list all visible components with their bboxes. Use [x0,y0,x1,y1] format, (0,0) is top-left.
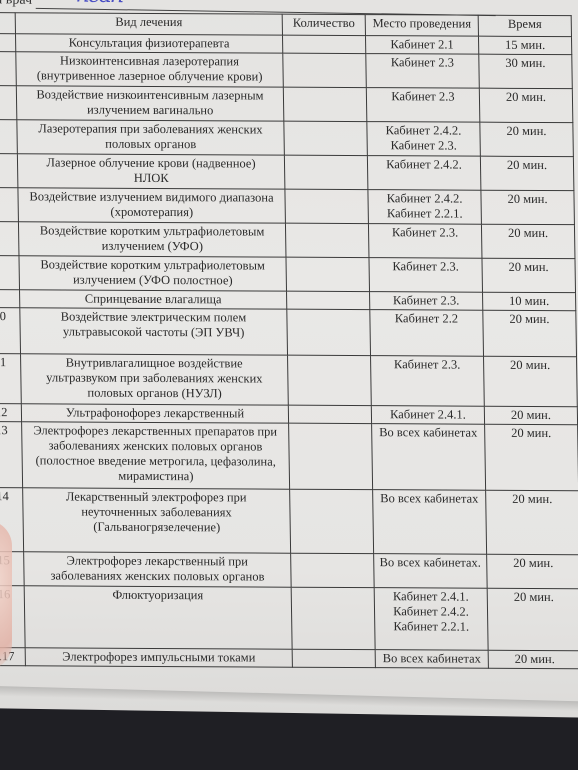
duration-cell: 20 мин. [484,356,578,406]
row-number: 11 [0,354,21,404]
treatment-name-line: (внутривенное лазерное облучение крови) [21,68,279,84]
duration-cell: 20 мин. [481,190,575,224]
table-row: 7Воздействие коротким ультрафиолетовымиз… [0,222,575,259]
quantity-cell [285,223,369,257]
location-line: Кабинет 2.3 [370,55,474,71]
duration-cell: 20 мин. [482,258,576,292]
treatment-name-line: заболеваниях женских половых органов [26,438,284,454]
treatment-name-line: Ультрафонофорез лекарственный [26,405,284,421]
row-number [0,52,16,86]
location-line: Кабинет 2.3. [372,138,476,154]
location-line: Кабинет 2.4.2. [372,191,476,207]
table-row: Воздействие низкоинтенсивным лазернымизл… [0,86,573,123]
location-line: Во всех кабинетах [380,651,484,667]
quantity-cell [290,489,374,553]
quantity-cell [291,553,375,587]
location-line: Кабинет 2.4.2. [379,604,483,620]
treatment-name-line: Воздействие коротким ультрафиолетовым [24,257,282,273]
doctor-label: ций врач [0,0,32,8]
treatment-name-line: Внутривлагалищное воздействие [25,355,283,371]
location-cell: Кабинет 2.3 [366,88,480,123]
treatment-name: Воздействие излучением видимого диапазон… [18,188,286,223]
treatment-name-line: Лазерное облучение крови (надвенное) [22,155,280,171]
quantity-cell [282,35,365,53]
duration-cell: 20 мин. [483,310,577,356]
location-line: Кабинет 2.1 [370,37,474,53]
treatment-name-line: (полостное введение метрогила, цефазолин… [27,453,285,469]
row-number: 5 [0,154,18,188]
duration-cell: 10 мин. [483,292,576,310]
handwritten-signature: пеан [76,0,123,8]
treatment-name-line: Лекарственный электрофорез при [27,489,285,505]
table-row: 16ФлюктуоризацияКабинет 2.4.1.Кабинет 2.… [0,586,578,651]
treatment-name: Спринцевание влагалища [20,290,287,309]
treatment-name: Лекарственный электрофорез принеуточненн… [23,488,291,553]
duration-cell: 20 мин. [486,490,578,554]
treatment-name-line: заболеваниях женских половых органов [28,568,286,584]
column-header-time: Время [478,15,571,36]
table-row: 13Электрофорез лекарственных препаратов … [0,422,578,491]
treatment-name: Электрофорез импульсными токами [25,648,292,667]
location-cell: Кабинет 2.4.2.Кабинет 2.2.1. [368,190,482,225]
row-number: 12 [0,404,22,422]
location-line: Кабинет 2.4.1. [379,589,483,605]
table-row: 10Воздействие электрическим полемультрав… [0,308,577,357]
treatment-name-line: Низкоинтенсивная лазеротерапия [20,53,278,69]
treatment-name-line: Воздействие электрическим полем [24,309,282,325]
duration-cell: 20 мин. [480,122,574,156]
treatment-name: Воздействие коротким ультрафиолетовымизл… [19,256,287,291]
location-line: Кабинет 2.3. [373,225,477,241]
treatment-name: Флюктуоризация [24,586,292,649]
location-cell: Во всех кабинетах [372,424,486,491]
row-number [0,86,17,120]
column-header-quantity: Количество [282,14,365,35]
location-line: Кабинет 2.2.1. [379,619,483,635]
treatment-name-line: мирамистина) [27,468,285,484]
location-line: Во всех кабинетах [377,491,481,507]
treatment-name-line: Консультация физиотерапевта [20,35,278,51]
row-number [0,34,16,52]
row-number: 10 [0,308,21,354]
treatment-name-line: НЛОК [22,170,280,186]
column-header-treatment: Вид лечения [15,13,282,35]
treatment-name-line: Лазеротерапия при заболеваниях женских [21,121,279,137]
location-cell: Кабинет 2.2 [370,310,484,357]
quantity-cell [285,189,369,223]
treatment-name-line: ультравысокой частоты (ЭП УВЧ) [25,324,283,340]
treatment-name: Лазерное облучение крови (надвенное)НЛОК [17,154,285,189]
location-cell: Во всех кабинетах [373,490,487,555]
quantity-cell [288,405,371,423]
row-number: 9 [0,290,20,308]
row-number: 6 [0,188,18,222]
treatment-name-line: Электрофорез лекарственный при [28,553,286,569]
treatment-name-line: Воздействие коротким ультрафиолетовым [23,223,281,239]
location-line: Кабинет 2.4.2. [372,157,476,173]
location-cell: Кабинет 2.3. [370,292,483,311]
treatment-name: Воздействие электрическим полемультравыс… [20,308,288,355]
duration-cell: 15 мин. [478,36,571,54]
duration-cell: 20 мин. [485,424,578,490]
treatment-name-line: ультразвуком при заболеваниях женских [25,370,283,386]
treatment-name: Воздействие коротким ультрафиолетовымизл… [18,222,286,257]
location-line: Кабинет 2.4.1. [376,407,480,423]
treatment-name-line: (хромотерапия) [23,204,281,220]
quantity-cell [284,121,368,155]
location-cell: Кабинет 2.4.1.Кабинет 2.4.2.Кабинет 2.2.… [374,588,488,651]
table-row: 6Воздействие излучением видимого диапазо… [0,188,574,225]
table-row: 8Воздействие коротким ультрафиолетовымиз… [0,256,576,293]
quantity-cell [292,649,375,667]
treatment-name-line: неуточненных заболеваниях [27,504,285,520]
treatment-name-line: (Гальваногрязелечение) [28,519,286,535]
treatment-name-line: Флюктуоризация [29,587,287,603]
finger-blur [0,520,12,670]
duration-cell: 20 мин. [487,554,578,588]
quantity-cell [286,257,370,291]
location-cell: Во всех кабинетах. [374,554,488,589]
treatment-name-line: Электрофорез импульсными токами [30,649,288,665]
location-line: Кабинет 2.2 [374,311,478,327]
treatment-name-line: излучением (УФО) [23,238,281,254]
quantity-cell [284,155,368,189]
quantity-cell [289,423,373,489]
treatment-name-line: излучением вагинально [21,102,279,118]
table-row: 5Лазерное облучение крови (надвенное)НЛО… [0,154,574,191]
table-row: .17Электрофорез импульсными токамиВо все… [0,648,578,669]
treatment-name-line: Спринцевание влагалища [24,291,282,307]
table-row: 14Лекарственный электрофорез принеуточне… [0,488,578,555]
quantity-cell [288,355,372,405]
treatment-name-line: Воздействие излучением видимого диапазон… [22,189,280,205]
column-header-number [0,13,15,34]
treatment-name-line: Электрофорез лекарственных препаратов пр… [26,423,284,439]
row-number: 7 [0,222,19,256]
location-line: Кабинет 2.3. [374,293,478,309]
quantity-cell [291,587,375,649]
location-line: Кабинет 2.4.2. [371,123,475,139]
quantity-cell [287,309,371,355]
location-line: Кабинет 2.2.1. [373,206,477,222]
duration-cell: 20 мин. [488,650,578,668]
column-header-location: Место проведения [365,15,478,37]
duration-cell: 20 мин. [481,224,575,258]
location-cell: Кабинет 2.1 [365,36,478,55]
location-line: Кабинет 2.3. [373,259,477,275]
duration-cell: 20 мин. [479,88,573,122]
location-cell: Кабинет 2.4.1. [371,406,484,425]
location-cell: Кабинет 2.3. [371,356,485,407]
location-cell: Кабинет 2.3 [366,54,480,89]
duration-cell: 20 мин. [487,588,578,650]
table-row: 4Лазеротерапия при заболеваниях женскихп… [0,120,573,157]
treatment-name: Электрофорез лекарственных препаратов пр… [22,422,290,489]
table-header-row: Вид лечения Количество Место проведения … [0,13,571,37]
location-line: Кабинет 2.3 [371,89,475,105]
treatment-name: Внутривлагалищное воздействиеультразвуко… [21,354,289,405]
treatment-name: Низкоинтенсивная лазеротерапия(внутривен… [16,52,284,87]
location-line: Кабинет 2.3. [375,357,479,373]
location-cell: Кабинет 2.4.2.Кабинет 2.3. [367,122,481,157]
quantity-cell [287,291,370,309]
treatment-table: Вид лечения Количество Место проведения … [0,12,578,669]
location-cell: Кабинет 2.3. [368,224,482,259]
treatment-name-line: половых органов [22,136,280,152]
table-row: Низкоинтенсивная лазеротерапия(внутривен… [0,52,572,89]
duration-cell: 30 мин. [479,54,573,88]
quantity-cell [283,87,367,121]
row-number: 13 [0,422,23,488]
duration-cell: 20 мин. [480,156,574,190]
quantity-cell [283,53,367,87]
location-cell: Во всех кабинетах [375,650,488,669]
treatment-name-line: излучением (УФО полостное) [24,272,282,288]
row-number: 8 [0,256,20,290]
treatment-name: Консультация физиотерапевта [15,34,282,53]
table-body: Консультация физиотерапевтаКабинет 2.115… [0,34,578,669]
treatment-name-line: половых органов (НУЗЛ) [26,385,284,401]
treatment-name: Лазеротерапия при заболеваниях женскихпо… [17,120,285,155]
treatment-name: Ультрафонофорез лекарственный [21,404,288,423]
treatment-name: Воздействие низкоинтенсивным лазернымизл… [16,86,284,121]
treatment-name: Электрофорез лекарственный призаболевани… [24,552,292,587]
location-cell: Кабинет 2.4.2. [367,156,481,191]
location-line: Во всех кабинетах [376,425,480,441]
location-cell: Кабинет 2.3. [369,258,483,293]
treatment-name-line: Воздействие низкоинтенсивным лазерным [21,87,279,103]
location-line: Во всех кабинетах. [378,555,482,571]
table-row: 15Электрофорез лекарственный призаболева… [0,552,578,589]
duration-cell: 20 мин. [484,406,577,424]
row-number: 4 [0,120,17,154]
table-row: 11Внутривлагалищное воздействиеультразву… [0,354,577,407]
paper-sheet: ций врач пеан Вид лечения Количество Мес… [0,0,578,718]
